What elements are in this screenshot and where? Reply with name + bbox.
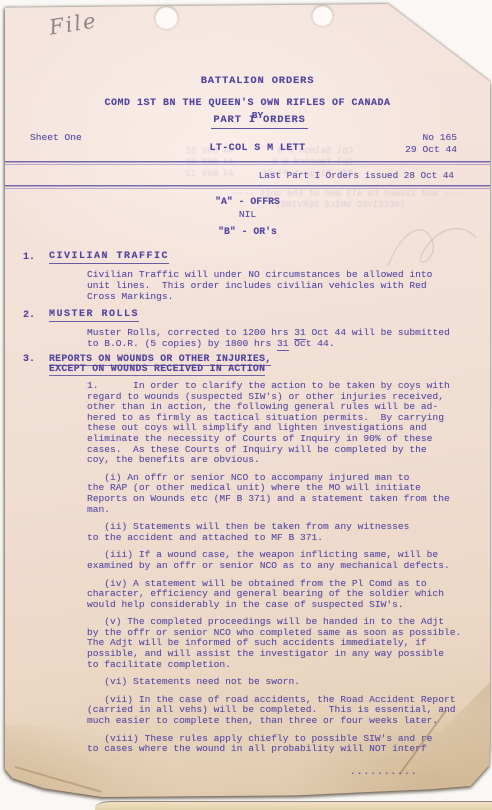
paragraph-i: (i) An offr or senior NCO to accompany i…: [87, 473, 485, 515]
order-number: No 165: [422, 132, 457, 143]
paragraph-iii: (iii) If a wound case, the weapon inflic…: [87, 550, 485, 571]
paragraph-ii: (ii) Statements will then be taken from …: [87, 522, 485, 543]
section-1-number: 1.: [23, 252, 35, 263]
underlined-date: 31: [277, 338, 289, 351]
section-3-heading-line2: EXCEPT ON WOUNDS RECEIVED IN ACTION: [49, 363, 265, 376]
section-2-body-line1: Muster Rolls, corrected to 1200 hrs 31 O…: [87, 327, 450, 338]
part-b-heading: "B" - OR's: [5, 226, 490, 237]
paragraph-vii: (vii) In the case of road accidents, the…: [87, 695, 485, 727]
section-3-number: 3.: [23, 354, 35, 365]
folded-corner-bottom-left: [5, 725, 135, 797]
order-date: 29 Oct 44: [405, 144, 457, 155]
text-run: Oct 44 will be submitted: [306, 327, 450, 338]
text-run: Oct 44.: [289, 338, 335, 349]
paragraph-vi: (vi) Statements need not be sworn.: [87, 677, 485, 688]
paragraph-iv: (iv) A statement will be obtained from t…: [87, 579, 485, 611]
scanned-document: File Cpl Salmon H R 44 000 52 Cpl Tankar…: [0, 0, 492, 810]
punch-hole-right: [312, 5, 333, 26]
section-3-paragraphs: 1. In order to clarify the action to be …: [87, 381, 485, 762]
section-2-number: 2.: [23, 310, 35, 321]
text-run: to B.O.R. (5 copies) by 1800 hrs: [87, 338, 277, 349]
unit-line: COMD 1ST BN THE QUEEN'S OWN RIFLES OF CA…: [5, 98, 490, 109]
paper-sheet-wrap: File Cpl Salmon H R 44 000 52 Cpl Tankar…: [0, 0, 492, 810]
section-2-body-line2: to B.O.R. (5 copies) by 1800 hrs 31 Oct …: [87, 338, 335, 349]
paragraph-v: (v) The completed proceedings will be ha…: [87, 617, 485, 670]
section-1-heading: CIVILIAN TRAFFIC: [49, 251, 169, 264]
doc-type-heading: PART I ORDERS: [17, 115, 492, 126]
section-1-body: Civilian Traffic will under NO circumsta…: [87, 269, 432, 302]
text-run: Muster Rolls, corrected to 1200 hrs: [87, 327, 294, 338]
paragraph-1: 1. In order to clarify the action to be …: [87, 381, 485, 466]
part-a-heading: "A" - OFFRS: [5, 196, 490, 207]
horizontal-rule: [5, 185, 490, 190]
underlying-sheet-edge: [95, 801, 492, 810]
punch-hole-left: [155, 6, 178, 29]
handwritten-file-note: File: [47, 8, 99, 39]
horizontal-rule: [5, 161, 490, 166]
order-title: BATTALION ORDERS: [15, 76, 492, 88]
paper-sheet: File Cpl Salmon H R 44 000 52 Cpl Tankar…: [5, 4, 490, 797]
last-issued-line: Last Part I Orders issued 28 Oct 44: [259, 170, 454, 181]
sheet-number: Sheet One: [30, 132, 82, 143]
doc-type-text: PART I ORDERS: [211, 114, 307, 129]
part-a-value: NIL: [5, 209, 490, 220]
section-2-heading: MUSTER ROLLS: [49, 309, 139, 322]
